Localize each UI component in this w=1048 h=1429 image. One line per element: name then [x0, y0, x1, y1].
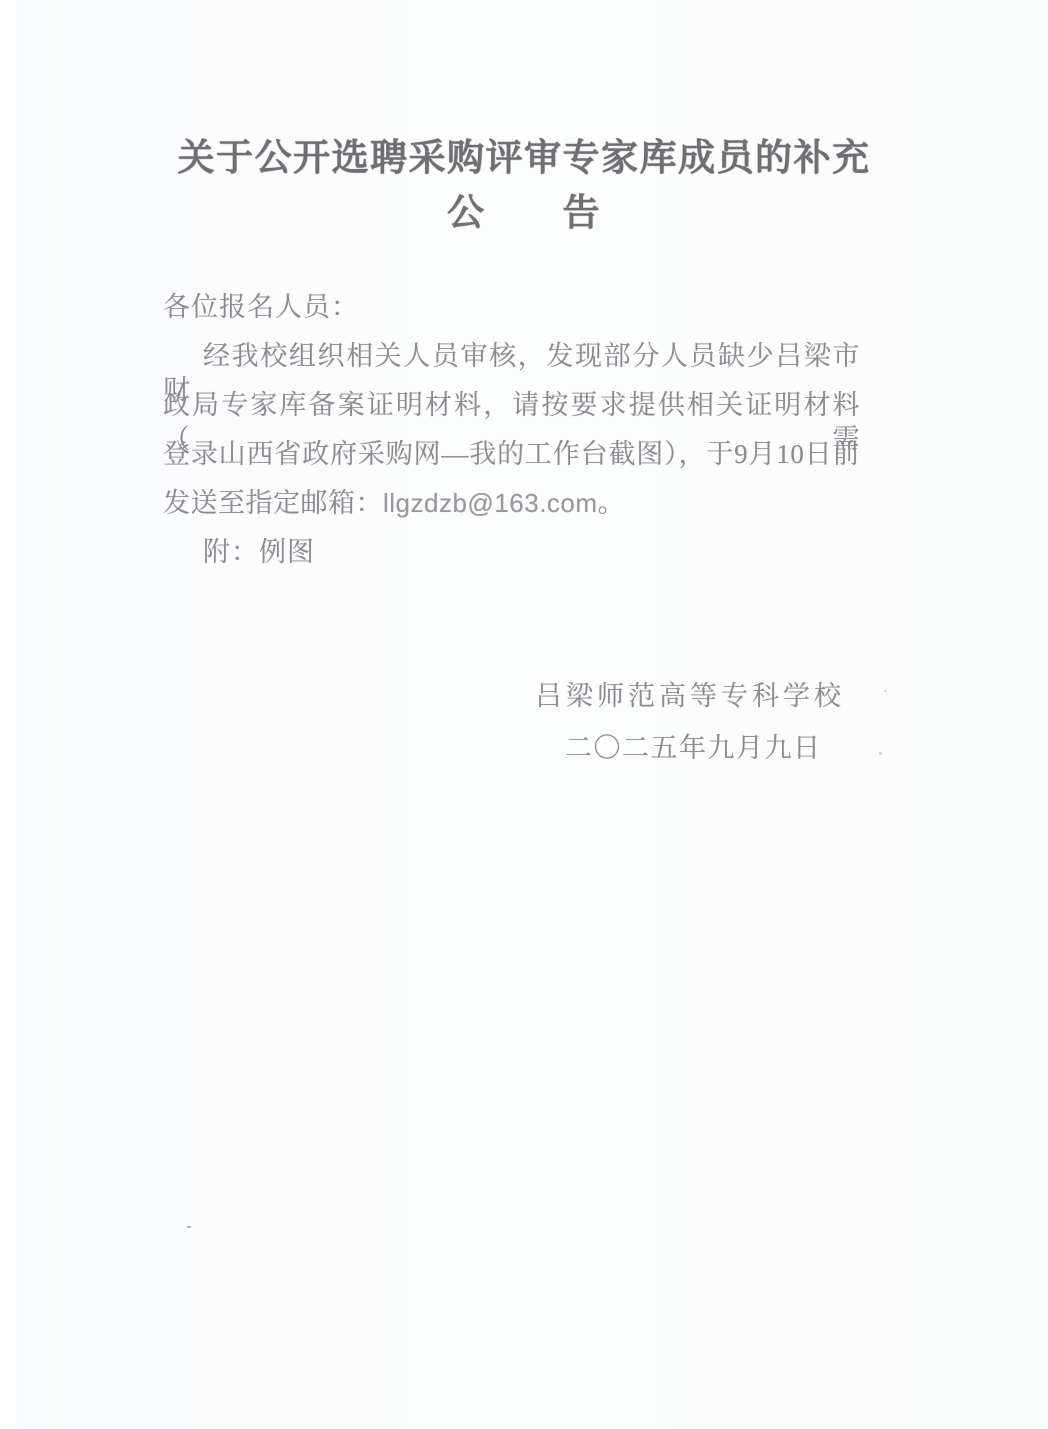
body-paragraph-line: 登录山西省政府采购网—我的工作台截图），于9月10日前: [163, 437, 860, 471]
salutation: 各位报名人员：: [163, 290, 359, 324]
issue-date: 二〇二五年九月九日: [565, 731, 822, 765]
scan-artifact-speck: [879, 752, 882, 755]
scan-artifact-speck: [187, 1226, 191, 1228]
email-address: llgzdzb@163.com: [383, 488, 598, 518]
scan-artifact-speck: [884, 690, 887, 692]
attachment-note: 附：例图: [203, 535, 315, 569]
document-title-line-1: 关于公开选聘采购评审专家库成员的补充: [0, 135, 1048, 181]
issuer-signature: 吕梁师范高等专科学校: [535, 679, 845, 713]
email-line-suffix: 。: [598, 488, 626, 518]
body-paragraph-email-line: 发送至指定邮箱：llgzdzb@163.com。: [163, 486, 860, 520]
document-title-line-2: 公 告: [0, 190, 1048, 236]
scanned-document-page: 关于公开选聘采购评审专家库成员的补充 公 告 各位报名人员： 经我校组织相关人员…: [0, 0, 1048, 1429]
email-line-prefix: 发送至指定邮箱：: [163, 488, 383, 518]
